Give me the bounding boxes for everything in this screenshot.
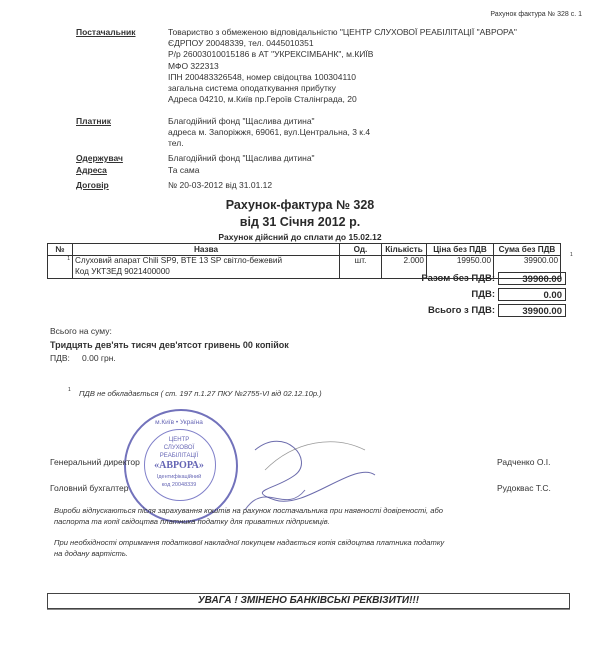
invoice-validity: Рахунок дійсний до сплати до 15.02.12 bbox=[0, 232, 600, 242]
contract-label: Договір bbox=[76, 180, 109, 190]
total-label: Всього з ПДВ: bbox=[325, 305, 495, 316]
payer-name: Благодійний фонд "Щаслива дитина" bbox=[168, 116, 370, 127]
subtotal-value: 39900.00 bbox=[498, 272, 566, 285]
footnote-text: ПДВ не обкладається ( ст. 197 п.1.27 ПКУ… bbox=[79, 388, 322, 399]
accountant-role: Головний бухгалтер bbox=[50, 483, 128, 493]
contract-value: № 20-03-2012 від 31.01.12 bbox=[168, 180, 272, 191]
stamp-line-6: код 20048339 bbox=[124, 482, 234, 490]
invoice-title: Рахунок-фактура № 328 bbox=[0, 198, 600, 212]
director-role: Генеральний директор bbox=[50, 457, 140, 467]
supplier-address: Адреса 04210, м.Київ пр.Героїв Сталінгра… bbox=[168, 94, 517, 105]
footnote-mark: 1 bbox=[570, 252, 573, 258]
payer-details: Благодійний фонд "Щаслива дитина" адреса… bbox=[168, 116, 370, 150]
vat-label: ПДВ: bbox=[325, 289, 495, 300]
page-reference: Рахунок фактура № 328 с. 1 bbox=[490, 11, 582, 18]
sum-vat-value: 0.00 грн. bbox=[82, 353, 116, 363]
supplier-name: Товариство з обмеженою відповідальністю … bbox=[168, 27, 517, 38]
supplier-tax-system: загальна система оподаткування прибутку bbox=[168, 83, 517, 94]
supplier-mfo: МФО 322313 bbox=[168, 61, 517, 72]
col-header-price: Ціна без ПДВ bbox=[427, 244, 494, 256]
payer-label: Платник bbox=[76, 116, 111, 126]
item-name: Слуховий апарат Chili SP9, BTE 13 SP сві… bbox=[75, 256, 337, 267]
supplier-details: Товариство з обмеженою відповідальністю … bbox=[168, 27, 517, 105]
invoice-date: від 31 Січня 2012 р. bbox=[0, 215, 600, 229]
stamp-line-2: СЛУХОВОЇ bbox=[124, 445, 234, 453]
bank-details-warning: УВАГА ! ЗМІНЕНО БАНКІВСЬКІ РЕКВІЗИТИ!!! bbox=[47, 593, 570, 609]
supplier-label: Постачальник bbox=[76, 27, 136, 37]
payer-phone: тел. bbox=[168, 138, 370, 149]
vat-value: 0.00 bbox=[498, 288, 566, 301]
col-header-name: Назва bbox=[73, 244, 340, 256]
supplier-account: Р/р 26003010015186 в АТ "УКРЕКСІМБАНК", … bbox=[168, 49, 517, 60]
stamp-line-4: «АВРОРА» bbox=[124, 462, 234, 470]
table-header-row: № Назва Од. Кількість Ціна без ПДВ Сума … bbox=[48, 244, 561, 256]
stamp-line-1: ЦЕНТР bbox=[124, 437, 234, 445]
col-header-unit: Од. bbox=[340, 244, 382, 256]
accountant-name: Рудоквас Т.С. bbox=[497, 483, 551, 493]
stamp-line-5: Ідентифікаційний bbox=[124, 474, 234, 482]
recipient-label: Одержувач bbox=[76, 153, 123, 163]
supplier-edrpou: ЄДРПОУ 20048339, тел. 0445010351 bbox=[168, 38, 517, 49]
row-number: 1 bbox=[67, 256, 70, 262]
recipient-value: Благодійний фонд "Щаслива дитина" bbox=[168, 153, 315, 164]
address-value: Та сама bbox=[168, 165, 199, 176]
col-header-qty: Кількість bbox=[382, 244, 427, 256]
note-1: Вироби відпускаються після зарахування к… bbox=[54, 505, 443, 527]
director-name: Радченко О.І. bbox=[497, 457, 551, 467]
payer-address: адреса м. Запоріжжя, 69061, вул.Централь… bbox=[168, 127, 370, 138]
footnote-number: 1 bbox=[68, 387, 71, 393]
sum-in-words-text: Тридцять дев'ять тисяч дев'ятсот гривень… bbox=[50, 340, 289, 350]
note-2: При необхідності отримання податкової на… bbox=[54, 537, 444, 559]
sum-vat-label: ПДВ: bbox=[50, 353, 70, 363]
col-header-sum: Сума без ПДВ bbox=[494, 244, 561, 256]
address-label: Адреса bbox=[76, 165, 107, 175]
supplier-ipn: ІПН 200483326548, номер свідоцтва 100304… bbox=[168, 72, 517, 83]
subtotal-label: Разом без ПДВ: bbox=[325, 273, 495, 284]
item-code: Код УКТЗЕД 9021400000 bbox=[75, 267, 337, 278]
total-value: 39900.00 bbox=[498, 304, 566, 317]
stamp-ring-top: м.Київ • Україна bbox=[124, 419, 234, 427]
col-header-no: № bbox=[48, 244, 73, 256]
sum-in-words-label: Всього на суму: bbox=[50, 326, 112, 336]
